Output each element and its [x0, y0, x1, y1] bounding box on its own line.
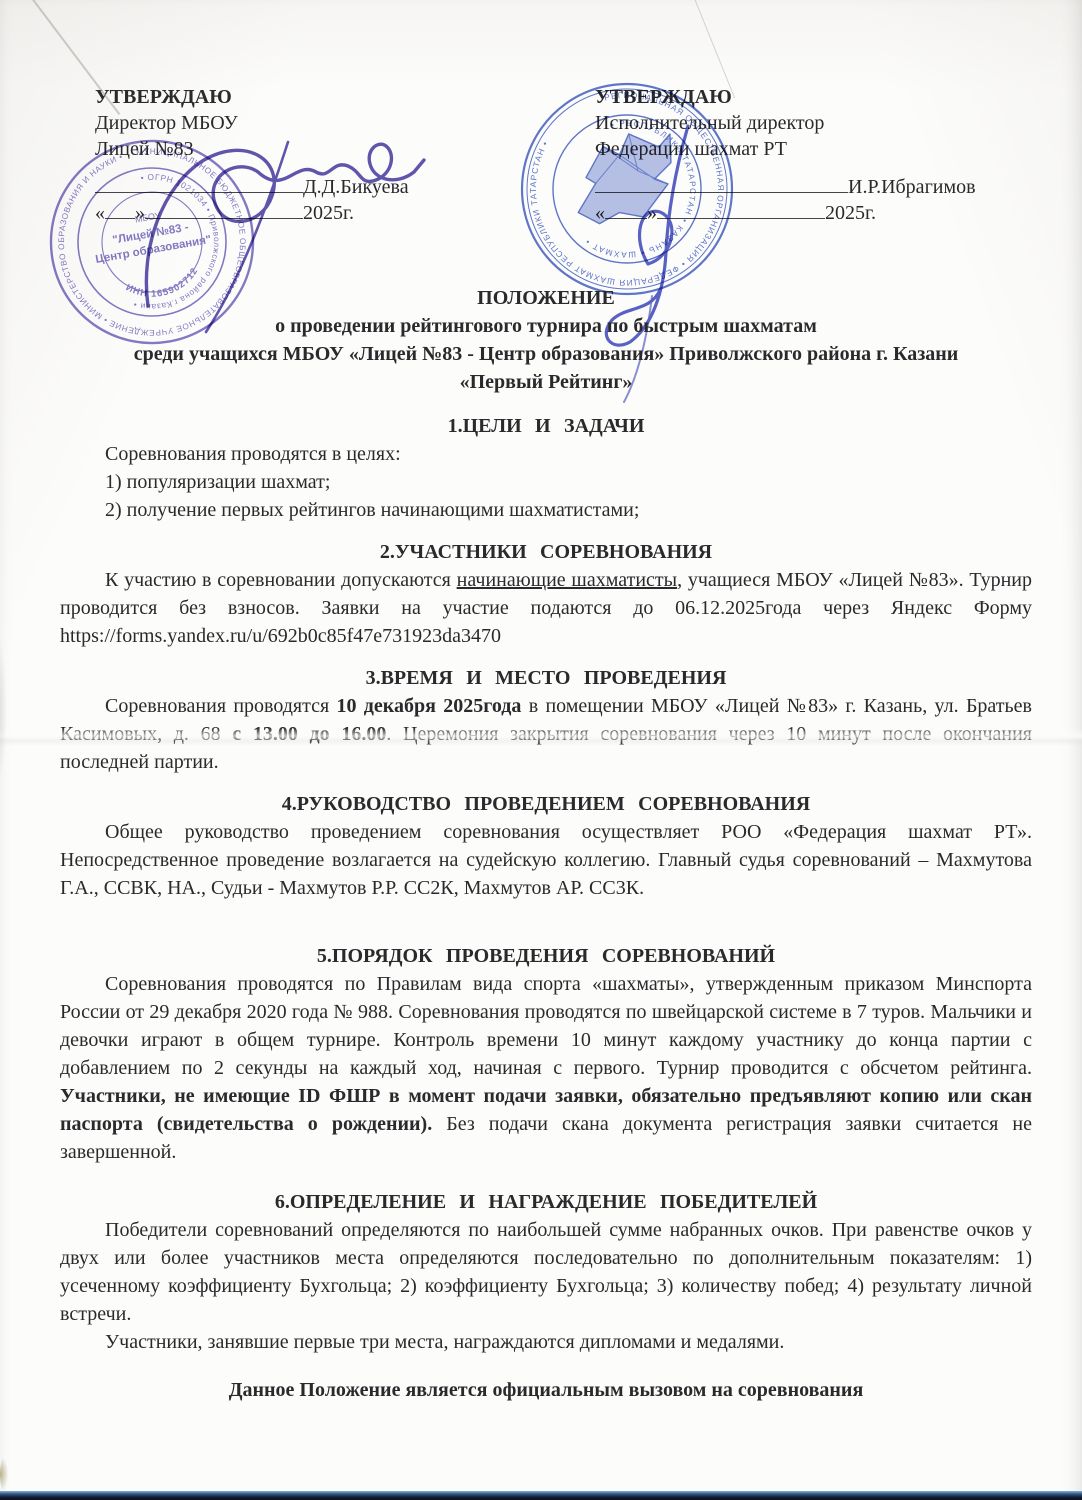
scanned-document-page: УТВЕРЖДАЮ Директор МБОУ Лицей №83 Д.Д.Би… [0, 0, 1082, 1500]
text-run: К участию в соревновании допускаются [105, 569, 457, 591]
approval-role-line: Директор МБОУ [95, 110, 495, 136]
signer-name: Д.Д.Бикуева [303, 176, 409, 198]
document-subtitle: «Первый Рейтинг» [60, 368, 1032, 396]
text-run-bold: 10 декабря 2025года [337, 695, 522, 717]
section-heading-winners: 6.ОПРЕДЕЛЕНИЕ И НАГРАЖДЕНИЕ ПОБЕДИТЕЛЕЙ [60, 1188, 1032, 1216]
stamp-center-text: МБОУ [134, 210, 161, 224]
section-heading-participants: 2.УЧАСТНИКИ СОРЕВНОВАНИЯ [60, 538, 1032, 566]
paragraph: Победители соревнований определяются по … [60, 1216, 1032, 1328]
paragraph: К участию в соревновании допускаются нач… [60, 566, 1032, 650]
document-body: ПОЛОЖЕНИЕ о проведении рейтингового турн… [60, 284, 1032, 1404]
approval-label: УТВЕРЖДАЮ [95, 84, 495, 110]
list-item: 2) получение первых рейтингов начинающим… [60, 496, 1032, 524]
list-item: 1) популяризации шахмат; [60, 468, 1032, 496]
paragraph: Соревнования проводятся по Правилам вида… [60, 970, 1032, 1166]
year-label: 2025г. [303, 202, 354, 224]
text-run: Соревнования проводятся [105, 695, 337, 717]
text-run-underlined: начинающие шахматисты [457, 569, 677, 591]
scan-crease-artifact [29, 0, 120, 115]
section-heading-management: 4.РУКОВОДСТВО ПРОВЕДЕНИЕМ СОРЕВНОВАНИЯ [60, 790, 1032, 818]
section-heading-time-place: 3.ВРЕМЯ И МЕСТО ПРОВЕДЕНИЯ [60, 664, 1032, 692]
scan-fold-artifact [0, 640, 6, 780]
document-subtitle: среди учащихся МБОУ «Лицей №83 - Центр о… [60, 340, 1032, 368]
paragraph: Соревнования проводятся в целях: [60, 440, 1032, 468]
scan-smudge-artifact [0, 1457, 8, 1491]
scan-fold-artifact [0, 728, 1082, 746]
section-heading-procedure: 5.ПОРЯДОК ПРОВЕДЕНИЯ СОРЕВНОВАНИЙ [60, 942, 1032, 970]
closing-statement: Данное Положение является официальным вы… [60, 1376, 1032, 1404]
chess-knight-icon [563, 124, 688, 232]
section-heading-goals: 1.ЦЕЛИ И ЗАДАЧИ [60, 412, 1032, 440]
paragraph: Участники, занявшие первые три места, на… [60, 1328, 1032, 1356]
text-run: Соревнования проводятся по Правилам вида… [60, 973, 1032, 1079]
scan-edge-bottom [0, 1491, 1082, 1500]
document-title: ПОЛОЖЕНИЕ [60, 284, 1032, 312]
paragraph: Общее руководство проведением соревнован… [60, 818, 1032, 902]
year-label: 2025г. [825, 202, 876, 224]
signer-name: И.Р.Ибрагимов [848, 176, 976, 198]
document-subtitle: о проведении рейтингового турнира по быс… [60, 312, 1032, 340]
